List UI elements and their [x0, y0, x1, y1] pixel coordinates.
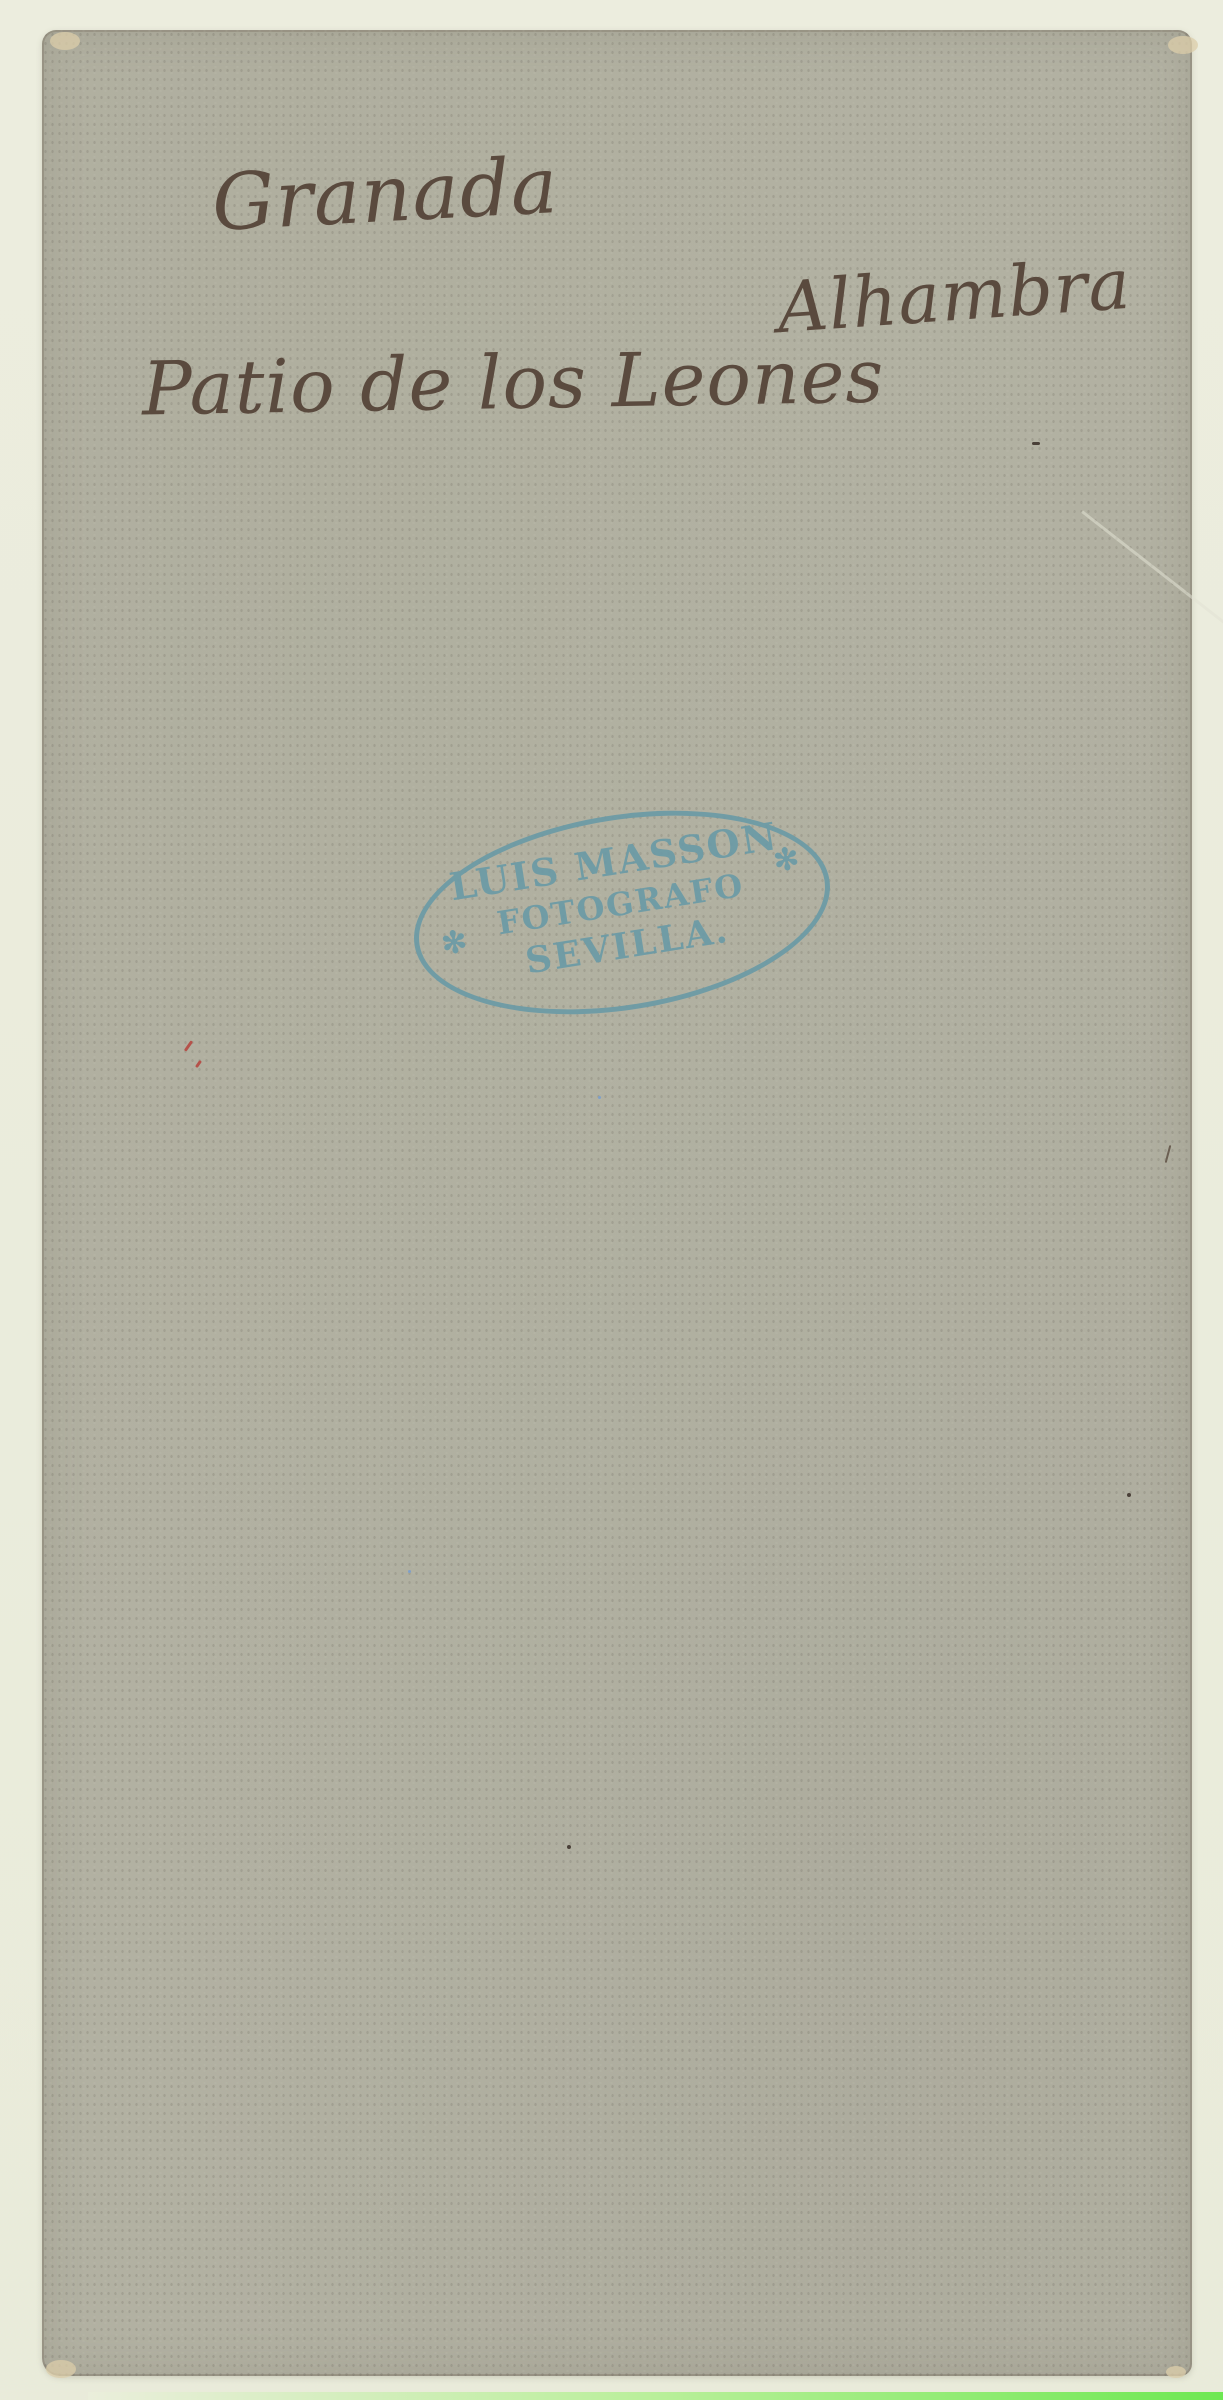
dark-speck: [1127, 1493, 1131, 1497]
red-ink-mark: [184, 1040, 193, 1052]
corner-wear-bottom-right: [1166, 2366, 1186, 2378]
red-ink-mark: [195, 1060, 202, 1068]
blue-speck: [598, 1096, 601, 1099]
photo-card-verso: Granada Alhambra Patio de los Leones ✻ ✻…: [42, 30, 1192, 2376]
edge-mark: [1165, 1145, 1172, 1163]
stamp-star-ornament-icon: ✻: [772, 844, 802, 878]
corner-wear-top-right: [1168, 36, 1198, 54]
dark-speck: [567, 1845, 571, 1849]
inscription-city: Granada: [210, 141, 561, 249]
stamp-star-ornament-icon: ✻: [440, 927, 470, 961]
photographer-stamp: ✻ ✻ LUIS MASSON FOTOGRAFO SEVILLA.: [399, 783, 844, 1041]
inscription-subject: Patio de los Leones: [141, 334, 885, 433]
corner-wear-top-left: [50, 32, 80, 50]
inscription-site: Alhambra: [775, 243, 1134, 350]
blue-speck: [408, 1570, 411, 1573]
scan-color-bar: [88, 2392, 1223, 2400]
dark-speck: [1032, 442, 1040, 445]
corner-wear-bottom-left: [46, 2360, 76, 2378]
